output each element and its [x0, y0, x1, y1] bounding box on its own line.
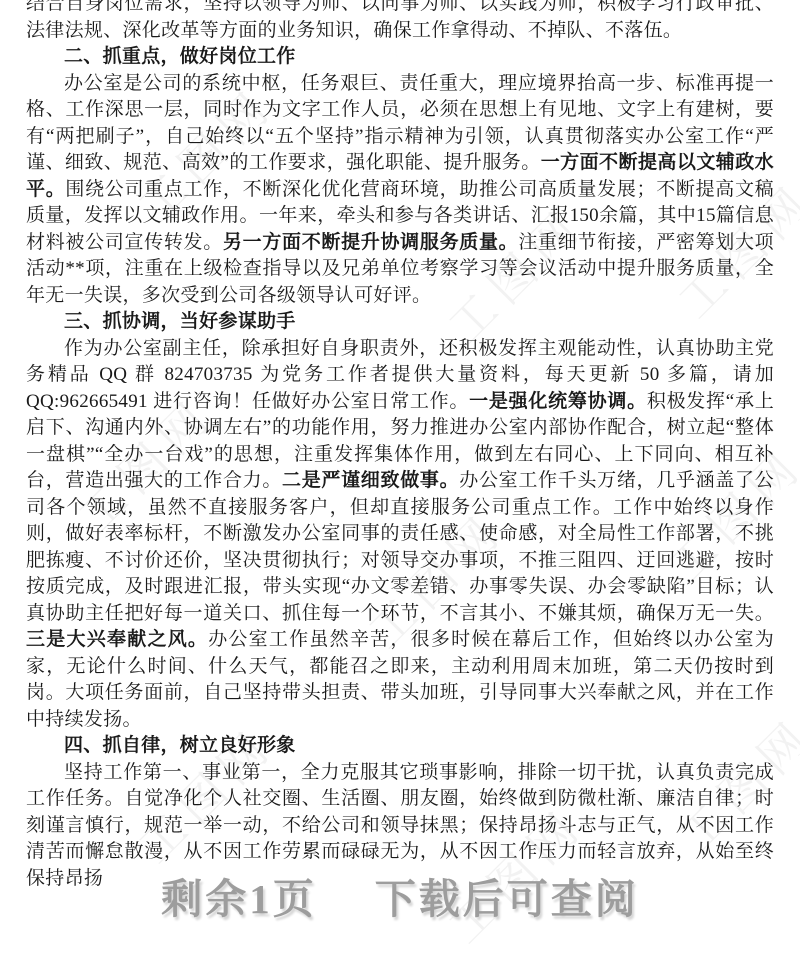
bold-text-run: 四、抓自律，树立良好形象 — [64, 735, 296, 756]
pages-remaining-text: 剩余1页 — [161, 876, 317, 922]
bold-text-run: 另一方面不断提升协调服务质量。 — [223, 232, 518, 253]
bold-text-run: 一是强化统筹协调。 — [469, 391, 647, 412]
section-heading: 三、抓协调，当好参谋助手 — [26, 309, 774, 336]
bold-text-run: 三、抓协调，当好参谋助手 — [64, 311, 296, 332]
paragraph: 办公室是公司的系统中枢，任务艰巨、责任重大，理应境界抬高一步、标准再提一格、工作… — [26, 71, 774, 310]
paragraph: 结合自身岗位需求，坚持以领导为师、以同事为师、以实践为师，积极学习行政审批、法律… — [26, 0, 774, 44]
section-heading: 二、抓重点，做好岗位工作 — [26, 44, 774, 71]
text-run: 结合自身岗位需求，坚持以领导为师、以同事为师、以实践为师，积极学习行政审批、法律… — [26, 0, 774, 41]
bold-text-run: 三是大兴奉献之风。 — [26, 629, 208, 650]
bold-text-run: 二是严谨细致做事。 — [282, 470, 459, 491]
pages-remaining-banner: 剩余1页下载后可查阅 — [0, 866, 800, 925]
paragraph: 作为办公室副主任，除承担好自身职责外，还积极发挥主观能动性，认真协助主党务精品 … — [26, 336, 774, 734]
document-body: 结合自身岗位需求，坚持以领导为师、以同事为师、以实践为师，积极学习行政审批、法律… — [26, 0, 774, 892]
download-to-view-text: 下载后可查阅 — [375, 876, 639, 922]
text-run: 办公室工作千头万绪，几乎涵盖了公司各个领域，虽然不直接服务客户，但却直接服务公司… — [26, 470, 774, 624]
document-page: 工图网工图网工图网工图网工图网工图网工图网工图网工图网 结合自身岗位需求，坚持以… — [0, 0, 800, 973]
bold-text-run: 二、抓重点，做好岗位工作 — [64, 46, 296, 67]
section-heading: 四、抓自律，树立良好形象 — [26, 733, 774, 760]
